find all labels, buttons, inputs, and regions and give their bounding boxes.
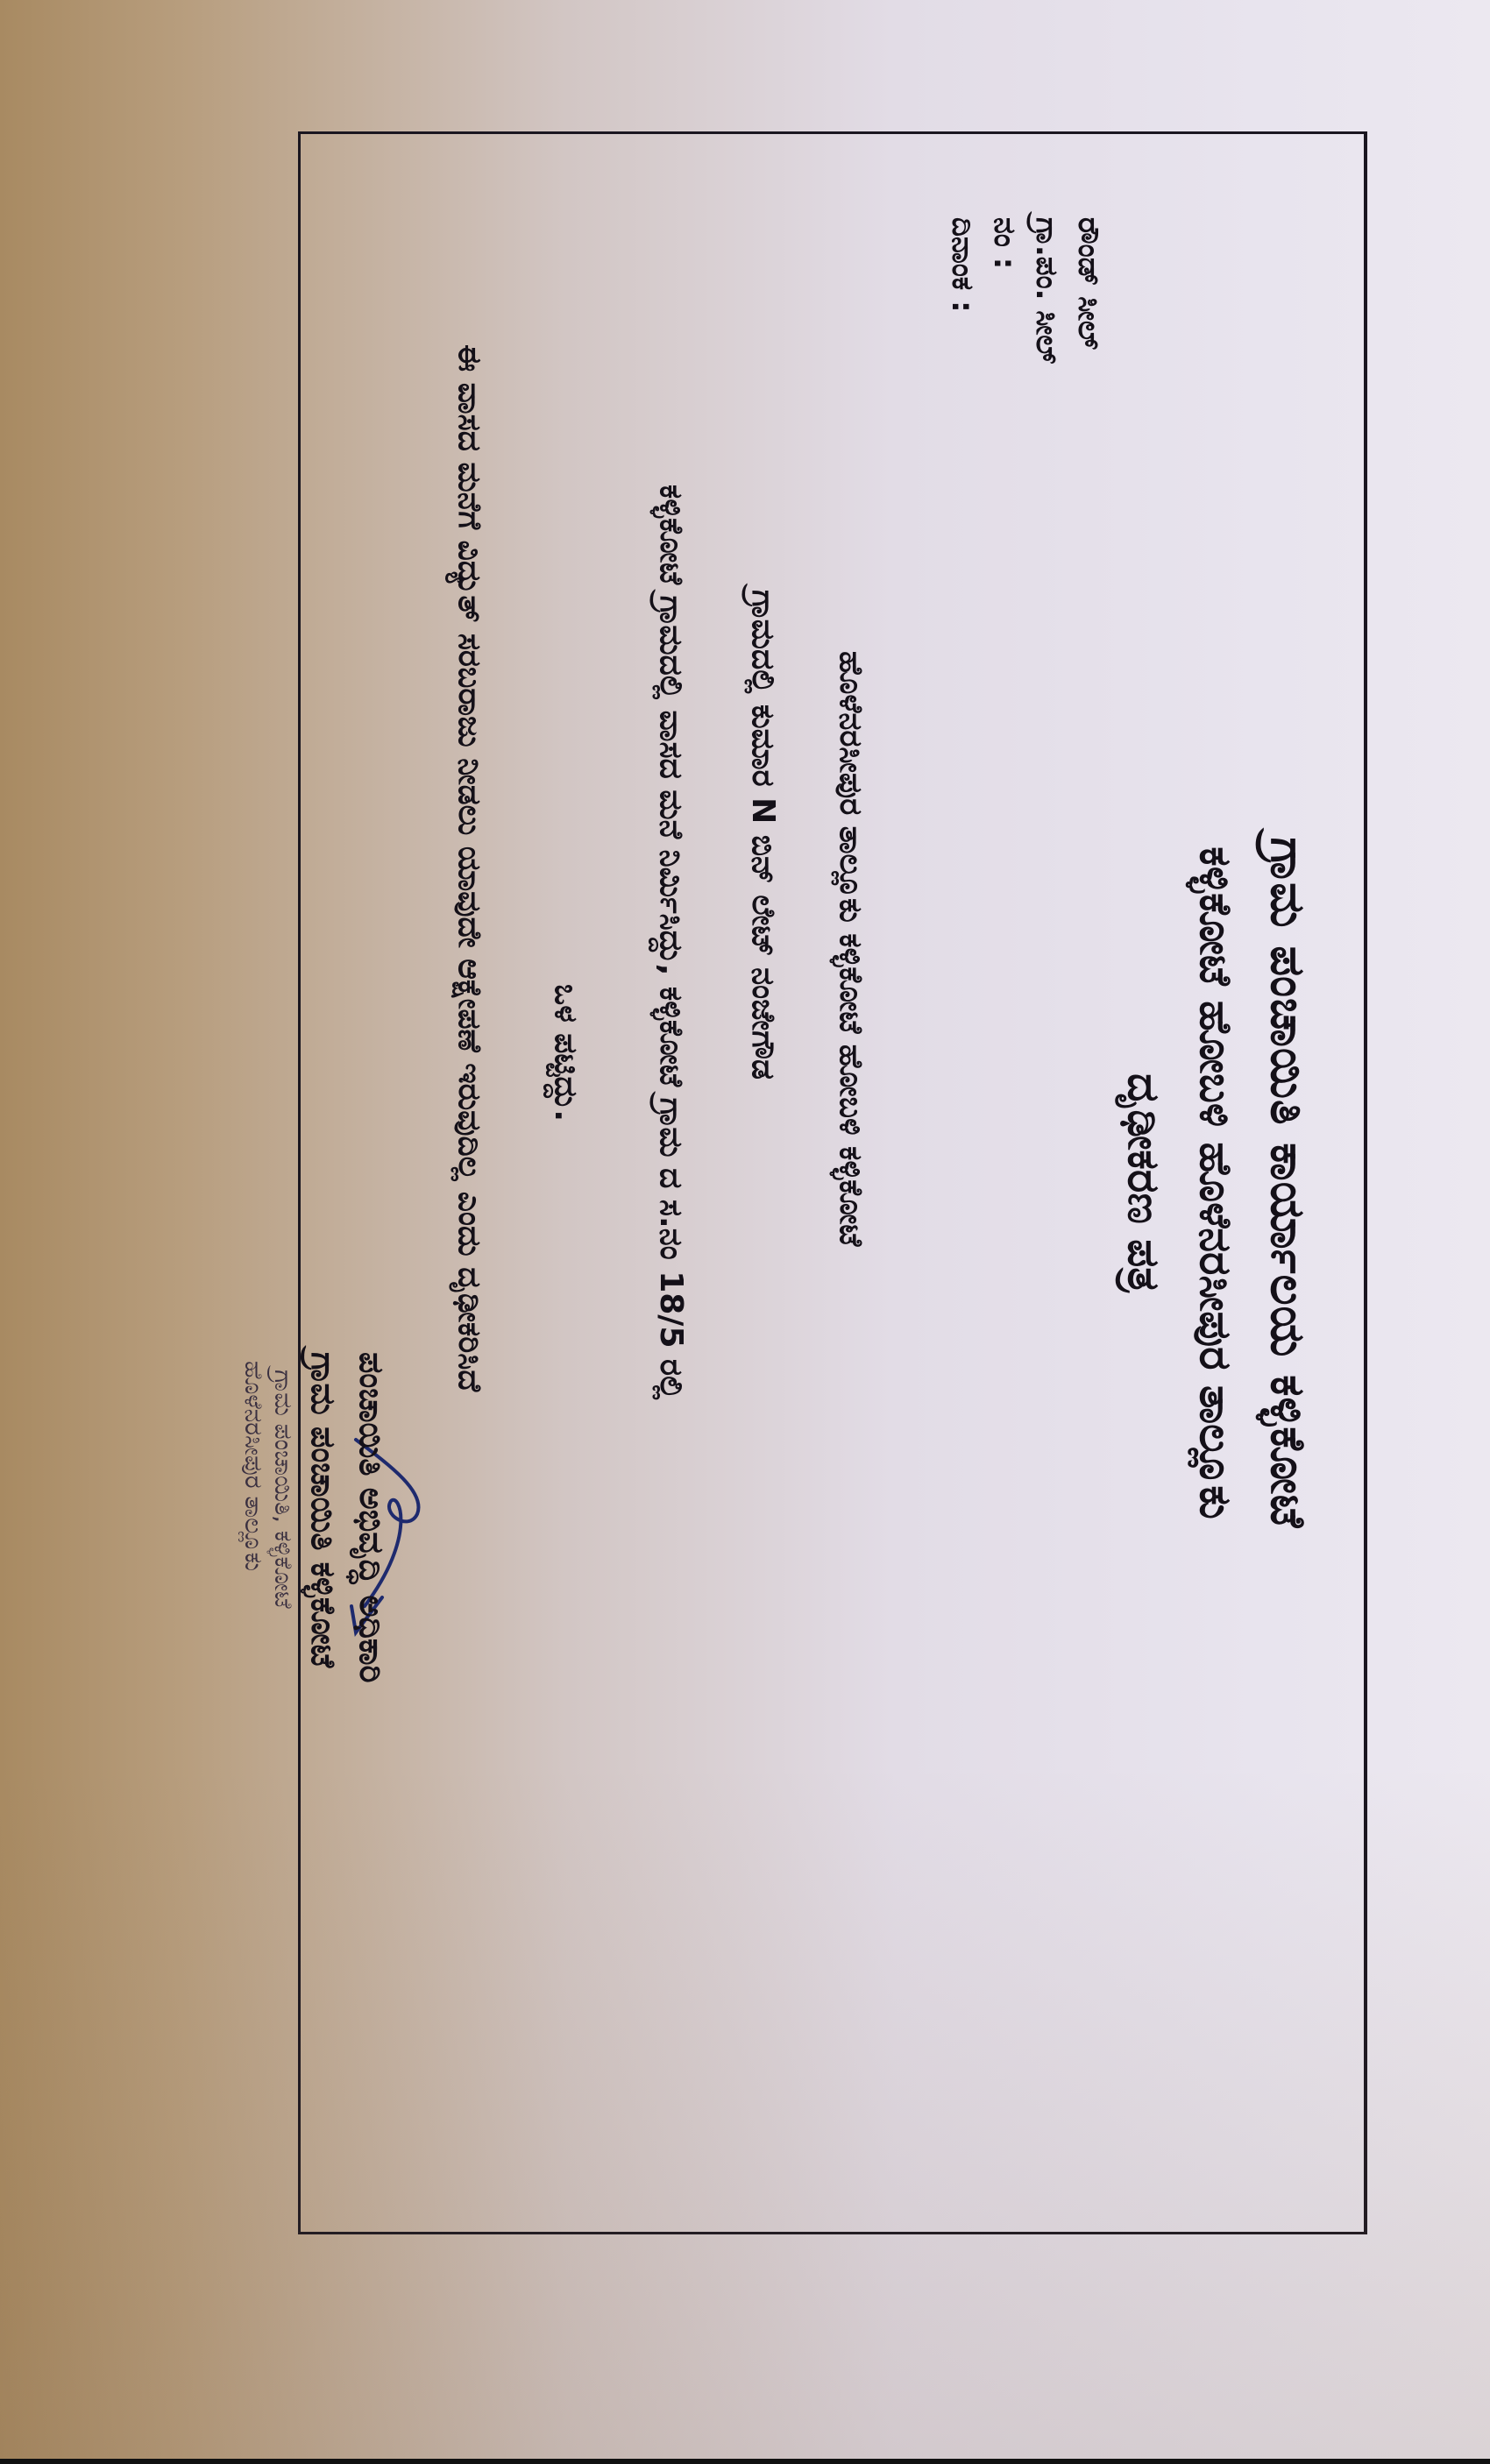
round-seal-label: ರೌಂಡ್ ಸೀಲ್	[1068, 217, 1110, 364]
body-line-2: ಗ್ರಾಮದಲ್ಲಿ ಕುಮಾರ N ಬಿನ್ ಲೇಟ್ ನಂಜೇಗೌಡ	[744, 590, 781, 1080]
certificate-border: ಗ್ರಾಮ ಪಂಚಾಯಿತಿ ಕಾರ್ಯಾಲಯ ಕಳ್ಳಿಕೋಟೆ ಕಳ್ಳಿಕ…	[298, 131, 1367, 2234]
stamp-line-2: ಹೊಳೆನರಸೀಪುರ ತಾಲ್ಲೂಕು	[238, 1361, 268, 1683]
bottom-edge	[0, 2459, 1490, 2464]
gp-seal-label: ಗ್ರಾ.ಪಂ. ಸೀಲ್	[1025, 217, 1068, 364]
rotated-document: ಗ್ರಾಮ ಪಂಚಾಯಿತಿ ಕಾರ್ಯಾಲಯ ಕಳ್ಳಿಕೋಟೆ ಕಳ್ಳಿಕ…	[0, 0, 1490, 2464]
office-subtitle: ಕಳ್ಳಿಕೋಟೆ ಹೋಬಳಿ ಹೊಳೆನರಸೀಪುರ ತಾಲ್ಲೂಕು	[1189, 134, 1241, 2232]
body-line-5: ಈ ವಾಸದ ಮನೆಗೆ ವಿದ್ಯುತ್ ಸರಬರಾಜು ನೀಡಲು ಯಾವು…	[451, 344, 487, 1391]
date-label: ದಿನಾಂಕ :	[941, 217, 983, 364]
signatory-designation: ಪಂಚಾಯಿತಿ ಅಭಿವೃದ್ಧಿ ಅಧಿಕಾರಿ	[351, 1352, 391, 1683]
body-line-3: ಕಳ್ಳಿಕೋಟೆ ಗ್ರಾಮದಲ್ಲಿ ವಾಸದ ಮನೆ ನಿರ್ಮಿಸಿದ್…	[652, 485, 689, 1399]
body-line-4: ಒಳ ಪಟ್ಟಿದ್ದು.	[547, 984, 584, 1122]
signatory-block: ಪಂಚಾಯಿತಿ ಅಭಿವೃದ್ಧಿ ಅಧಿಕಾರಿ ಗ್ರಾಮ ಪಂಚಾಯಿತ…	[238, 1352, 391, 1683]
body-line-1: ಹೊಳೆನರಸೀಪುರ ತಾಲ್ಲೂಕು ಕಳ್ಳಿಕೋಟೆ ಹೋಬಳಿ ಕಳ್…	[832, 651, 869, 1246]
meta-block: ರೌಂಡ್ ಸೀಲ್ ಗ್ರಾ.ಪಂ. ಸೀಲ್ ನಂ : ದಿನಾಂಕ :	[941, 217, 1110, 364]
stamp-line-1: ಗ್ರಾಮ ಪಂಚಾಯಿತಿ, ಕಳ್ಳಿಕೋಟೆ	[268, 1370, 298, 1683]
signatory-office: ಗ್ರಾಮ ಪಂಚಾಯಿತಿ ಕಳ್ಳಿಕೋಟೆ	[303, 1352, 343, 1683]
number-label: ನಂ :	[983, 217, 1025, 364]
office-title: ಗ್ರಾಮ ಪಂಚಾಯಿತಿ ಕಾರ್ಯಾಲಯ ಕಳ್ಳಿಕೋಟೆ	[1259, 134, 1316, 2232]
certificate-title: ದೃಢೀಕರಣ ಪತ್ರ	[1117, 134, 1169, 2232]
